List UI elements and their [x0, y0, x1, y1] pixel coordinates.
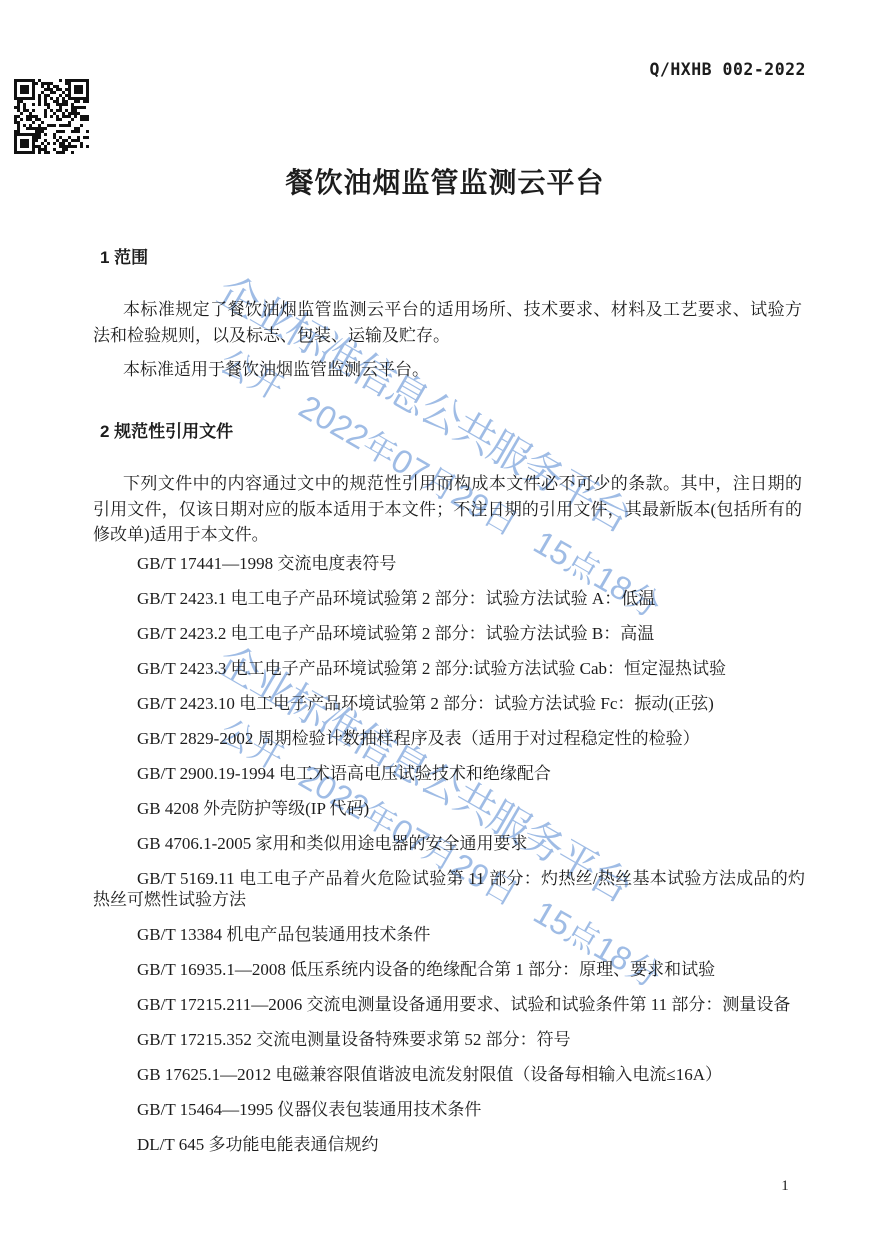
reference-item: GB/T 2900.19-1994 电工术语高电压试验技术和绝缘配合 — [93, 763, 805, 784]
references-list: GB/T 17441—1998 交流电度表符号 GB/T 2423.1 电工电子… — [93, 553, 805, 1169]
document-page: Q/HXHB 002-2022 餐饮油烟监管监测云平台 企业标准信息公共服务平台… — [0, 0, 890, 1258]
reference-item: DL/T 645 多功能电能表通信规约 — [93, 1134, 805, 1155]
reference-item: GB/T 17215.211—2006 交流电测量设备通用要求、试验和试验条件第… — [93, 994, 805, 1015]
reference-item: GB/T 15464—1995 仪器仪表包装通用技术条件 — [93, 1099, 805, 1120]
reference-item: GB 4706.1-2005 家用和类似用途电器的安全通用要求 — [93, 833, 805, 854]
section-1-paragraph-1: 本标准规定了餐饮油烟监管监测云平台的适用场所、技术要求、材料及工艺要求、试验方法… — [93, 297, 802, 348]
reference-item: GB/T 17441—1998 交流电度表符号 — [93, 553, 805, 574]
section-2-heading: 2 规范性引用文件 — [100, 417, 233, 442]
reference-item: GB 4208 外壳防护等级(IP 代码) — [93, 798, 805, 819]
reference-item: GB/T 13384 机电产品包装通用技术条件 — [93, 924, 805, 945]
qr-code — [14, 79, 89, 154]
section-2-paragraph-1: 下列文件中的内容通过文中的规范性引用而构成本文件必不可少的条款。其中，注日期的引… — [93, 471, 802, 548]
section-1-heading: 1 范围 — [100, 243, 148, 268]
reference-item: GB/T 17215.352 交流电测量设备特殊要求第 52 部分：符号 — [93, 1029, 805, 1050]
reference-item: GB 17625.1—2012 电磁兼容限值谐波电流发射限值（设备每相输入电流≤… — [93, 1064, 805, 1085]
page-number: 1 — [770, 1178, 800, 1195]
reference-item: GB/T 2423.10 电工电子产品环境试验第 2 部分：试验方法试验 Fc：… — [93, 693, 805, 714]
section-1-paragraph-2: 本标准适用于餐饮油烟监管监测云平台。 — [93, 357, 802, 383]
reference-item: GB/T 2423.3 电工电子产品环境试验第 2 部分:试验方法试验 Cab：… — [93, 658, 805, 679]
reference-item: GB/T 5169.11 电工电子产品着火危险试验第 11 部分：灼热丝/热丝基… — [93, 868, 805, 910]
reference-item: GB/T 16935.1—2008 低压系统内设备的绝缘配合第 1 部分：原理、… — [93, 959, 805, 980]
doc-number: Q/HXHB 002-2022 — [649, 60, 806, 79]
reference-item: GB/T 2423.1 电工电子产品环境试验第 2 部分：试验方法试验 A：低温 — [93, 588, 805, 609]
reference-item: GB/T 2423.2 电工电子产品环境试验第 2 部分：试验方法试验 B：高温 — [93, 623, 805, 644]
reference-item: GB/T 2829-2002 周期检验计数抽样程序及表（适用于对过程稳定性的检验… — [93, 728, 805, 749]
document-title: 餐饮油烟监管监测云平台 — [0, 161, 890, 201]
